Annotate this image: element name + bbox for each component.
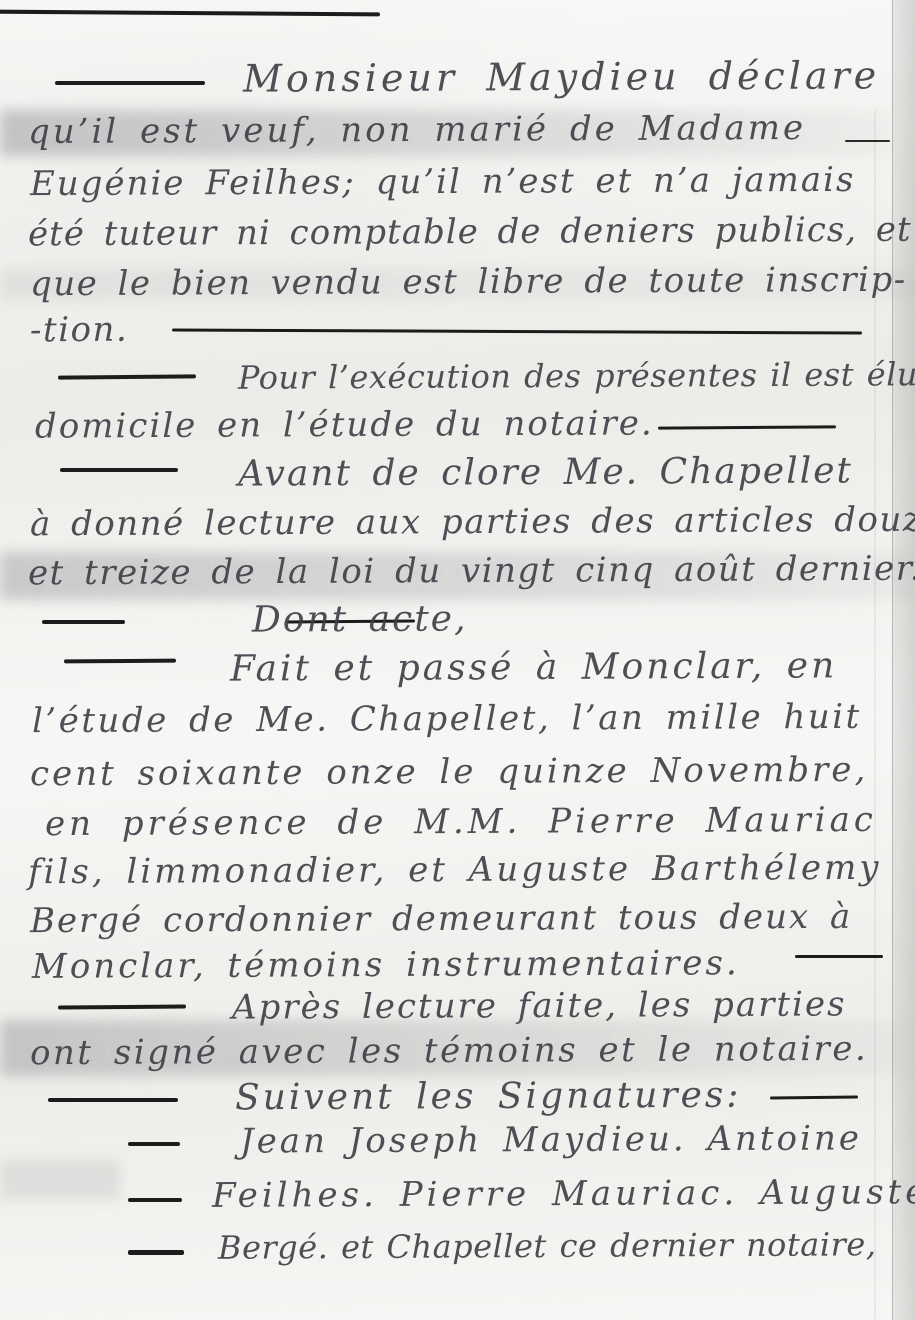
handwritten-line: Après lecture faite, les parties <box>232 984 847 1027</box>
handwritten-line: Suivent les Signatures: <box>235 1075 742 1119</box>
handwritten-line: Jean Joseph Maydieu. Antoine <box>240 1118 862 1161</box>
paragraph-dash-mark <box>128 1142 180 1146</box>
handwritten-line: Eugénie Feilhes; qu’il n’est et n’a jama… <box>30 160 856 204</box>
paragraph-dash-mark <box>128 1198 182 1202</box>
ink-rule <box>658 425 836 429</box>
handwritten-line: qu’il est veuf, non marié de Madame <box>28 108 806 152</box>
handwritten-line: fils, limmonadier, et Auguste Barthélemy <box>28 848 882 892</box>
handwritten-line: Fait et passé à Monclar, en <box>230 645 837 689</box>
paragraph-dash-mark <box>55 81 205 85</box>
ink-rule <box>845 140 890 142</box>
handwritten-line: domicile en l’étude du notaire. <box>35 403 654 446</box>
ink-rule <box>172 328 862 334</box>
handwritten-line: Dont acte, <box>252 598 468 640</box>
handwritten-line: et treize de la loi du vingt cinq août d… <box>28 549 915 594</box>
handwritten-line: l’étude de Me. Chapellet, l’an mille hui… <box>32 697 862 741</box>
handwritten-line: Bergé. et Chapellet ce dernier notaire, <box>218 1225 877 1266</box>
paragraph-dash-mark <box>58 1004 186 1009</box>
ink-rule <box>770 1096 858 1100</box>
paragraph-dash-mark <box>60 468 178 472</box>
handwritten-line: Pour l’exécution des présentes il est él… <box>238 355 915 397</box>
paragraph-dash-mark <box>58 374 196 379</box>
handwritten-line: en présence de M.M. Pierre Mauriac <box>45 800 877 844</box>
scan-edge-strip <box>892 0 915 1320</box>
handwritten-line: à donné lecture aux parties des articles… <box>30 500 915 545</box>
handwritten-line: Monsieur Maydieu déclare <box>243 53 880 100</box>
handwritten-line: Avant de clore Me. Chapellet <box>238 450 853 494</box>
handwritten-line: Bergé cordonnier demeurant tous deux à <box>30 897 852 941</box>
handwritten-line: cent soixante onze le quinze Novembre, <box>30 750 868 794</box>
handwritten-line: -tion. <box>30 310 128 351</box>
paper-smudge <box>0 1160 120 1200</box>
handwritten-line: ont signé avec les témoins et le notaire… <box>30 1029 868 1073</box>
paragraph-dash-mark <box>128 1250 184 1255</box>
paragraph-dash-mark <box>64 659 176 664</box>
ink-rule <box>0 10 380 17</box>
paragraph-dash-mark <box>42 620 125 624</box>
handwritten-line: que le bien vendu est libre de toute ins… <box>30 260 907 305</box>
paragraph-dash-mark <box>48 1098 178 1102</box>
ink-rule <box>795 955 883 958</box>
handwritten-line: Feilhes. Pierre Mauriac. Auguste <box>212 1172 915 1216</box>
handwritten-line: Monclar, témoins instrumentaires. <box>32 943 740 987</box>
handwritten-line: été tuteur ni comptable de deniers publi… <box>28 210 912 255</box>
document-page: Monsieur Maydieu déclare qu’il est veuf,… <box>0 0 915 1320</box>
